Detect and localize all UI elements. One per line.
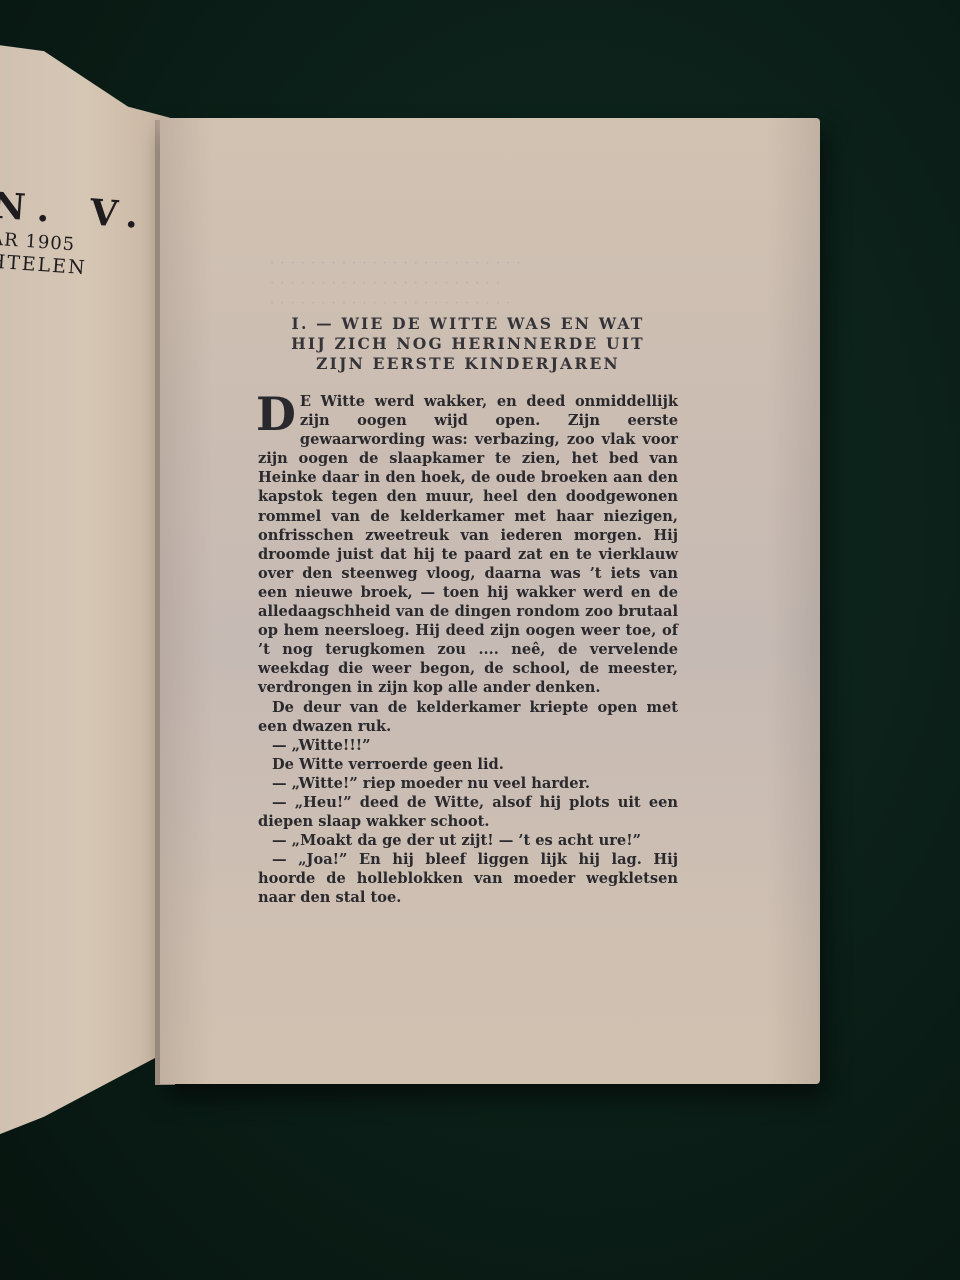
show-through-text: · · · · · · · · · · · · · · · · · · · · … <box>270 254 700 314</box>
chapter-title-line: ZIJN EERSTE KINDERJAREN <box>258 354 678 374</box>
chapter-title-line: I. — WIE DE WITTE WAS EN WAT <box>258 314 678 334</box>
paragraph: — „Joa!” En hij bleef liggen lijk hij la… <box>258 850 678 907</box>
paragraph-text: E Witte werd wakker, en deed onmiddellij… <box>258 393 678 696</box>
chapter-title-line: HIJ ZICH NOG HERINNERDE UIT <box>258 334 678 354</box>
page-content: I. — WIE DE WITTE WAS EN WAT HIJ ZICH NO… <box>258 314 678 908</box>
paragraph: — „Moakt da ge der ut zijt! — ’t es acht… <box>258 831 678 850</box>
paragraph: DE Witte werd wakker, en deed onmiddelli… <box>258 392 678 698</box>
paragraph: — „Heu!” deed de Witte, alsof hij plots … <box>258 793 678 831</box>
drop-cap: D <box>256 394 296 434</box>
paragraph: De deur van de kelderkamer kriepte open … <box>258 698 678 736</box>
right-page: · · · · · · · · · · · · · · · · · · · · … <box>160 118 820 1084</box>
paragraph: — „Witte!!!” <box>258 736 678 755</box>
paragraph: — „Witte!” riep moeder nu veel harder. <box>258 774 678 793</box>
body-text: DE Witte werd wakker, en deed onmiddelli… <box>258 392 678 908</box>
paragraph: De Witte verroerde geen lid. <box>258 755 678 774</box>
chapter-title: I. — WIE DE WITTE WAS EN WAT HIJ ZICH NO… <box>258 314 678 374</box>
